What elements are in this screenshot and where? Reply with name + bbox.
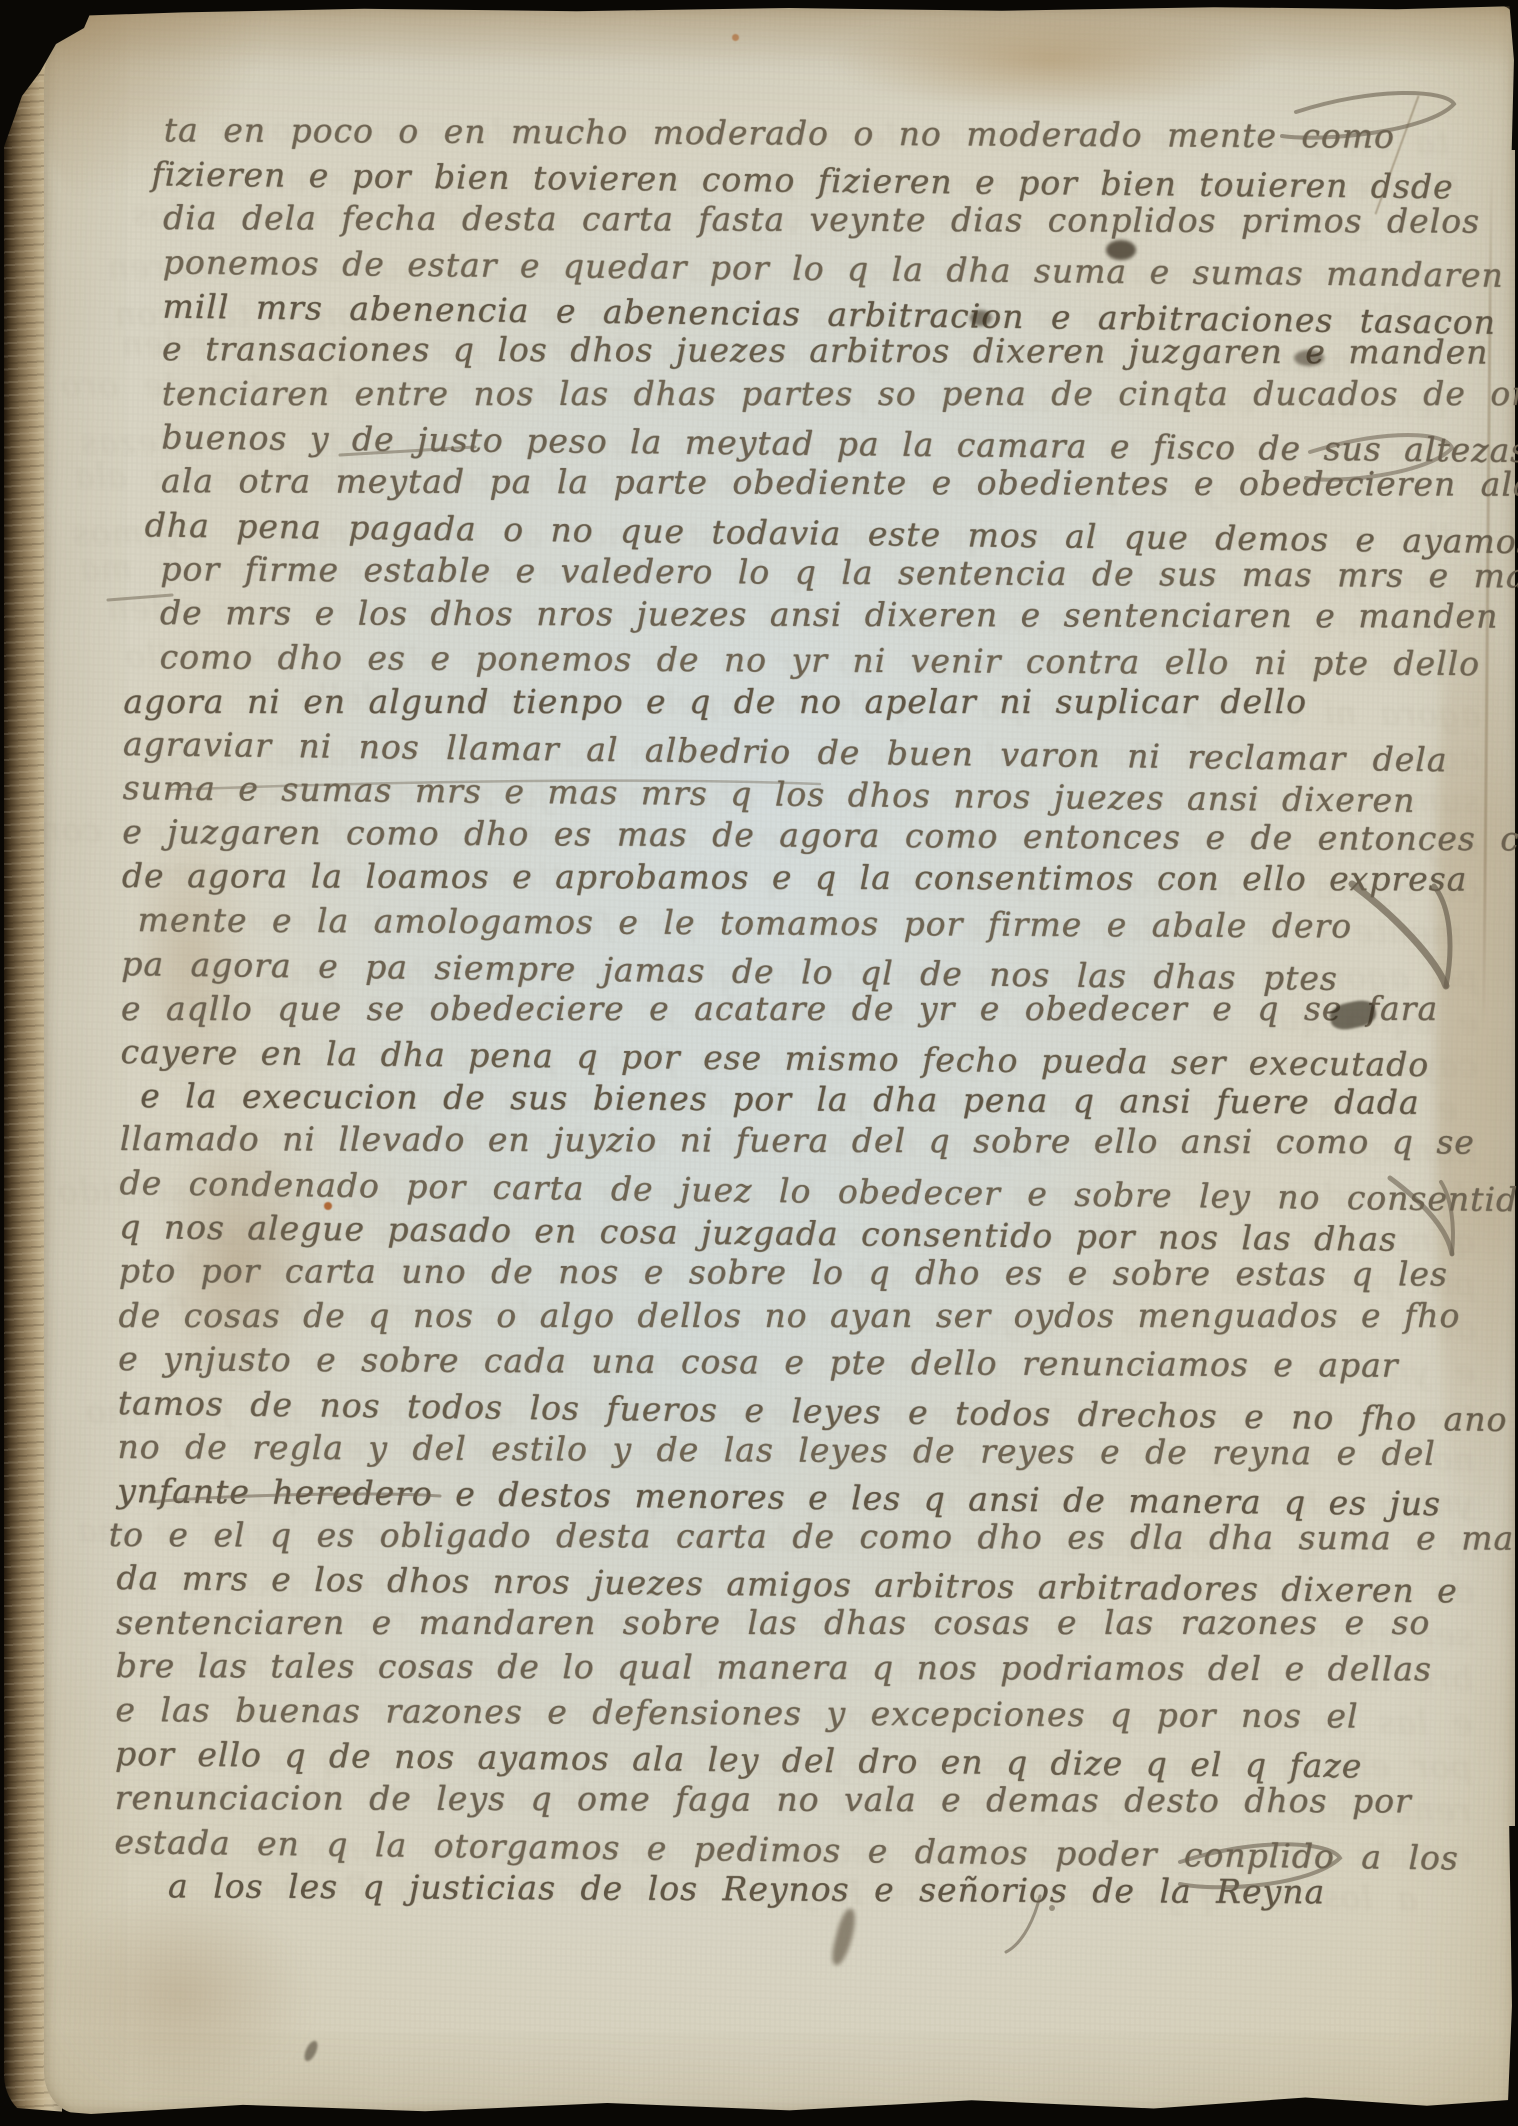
manuscript-line: mente e la amologamos e le tomamos por f… bbox=[112, 898, 1482, 949]
manuscript-line: to e el q es obligado desta carta de com… bbox=[107, 1512, 1477, 1559]
ink-blot-2 bbox=[970, 310, 992, 326]
manuscript-line: e las buenas razones e defensiones y exc… bbox=[105, 1688, 1475, 1739]
manuscript-line: de cosas de q nos o algo dellos no ayan … bbox=[109, 1294, 1479, 1338]
manuscript-line: de mrs e los dhos nros juezes ansi dixer… bbox=[114, 591, 1484, 638]
manuscript-line: no de regla y del estilo y de las leyes … bbox=[107, 1425, 1477, 1476]
manuscript-line: de agora la loamos e aprobamos e q la co… bbox=[112, 854, 1482, 901]
manuscript-line: bre las tales cosas de lo qual manera q … bbox=[106, 1644, 1476, 1691]
manuscript-line: e aqllo que se obedeciere e acatare de y… bbox=[111, 987, 1481, 1031]
manuscript-scan: ta en poco o en mucho moderado o no mode… bbox=[0, 0, 1518, 2126]
manuscript-line: renunciacion de leys q ome faga no vala … bbox=[105, 1776, 1475, 1823]
manuscript-text: ta en poco o en mucho moderado o no mode… bbox=[104, 108, 1488, 1918]
manuscript-line: ala otra meytad pa la parte obediente e … bbox=[115, 459, 1485, 506]
manuscript-line: sentenciaren e mandaren sobre las dhas c… bbox=[106, 1601, 1476, 1645]
manuscript-line: agora ni en algund tienpo e q de no apel… bbox=[113, 680, 1483, 724]
manuscript-line: pto por carta uno de nos e sobre lo q dh… bbox=[109, 1249, 1479, 1296]
manuscript-line: llamado ni llevado en juyzio ni fuera de… bbox=[110, 1117, 1480, 1164]
ink-blot-1 bbox=[1106, 240, 1136, 260]
manuscript-line: por firme estable e valedero lo q la sen… bbox=[114, 547, 1484, 598]
manuscript-line: dia dela fecha desta carta fasta veynte … bbox=[117, 196, 1487, 243]
manuscript-line: e transaciones q los dhos juezes arbitro… bbox=[116, 327, 1486, 374]
rust-fleck-2 bbox=[732, 34, 739, 41]
manuscript-line: e ynjusto e sobre cada una cosa e pte de… bbox=[108, 1337, 1478, 1388]
manuscript-line: como dho es e ponemos de no yr ni venir … bbox=[114, 635, 1484, 686]
rust-fleck-1 bbox=[324, 1202, 332, 1210]
ink-blot-3 bbox=[1294, 350, 1324, 366]
manuscript-line: a los les q justicias de los Reynos e se… bbox=[104, 1864, 1474, 1915]
manuscript-line: tenciaren entre nos las dhas partes so p… bbox=[116, 372, 1486, 416]
manuscript-line: ta en poco o en mucho moderado o no mode… bbox=[118, 108, 1488, 159]
